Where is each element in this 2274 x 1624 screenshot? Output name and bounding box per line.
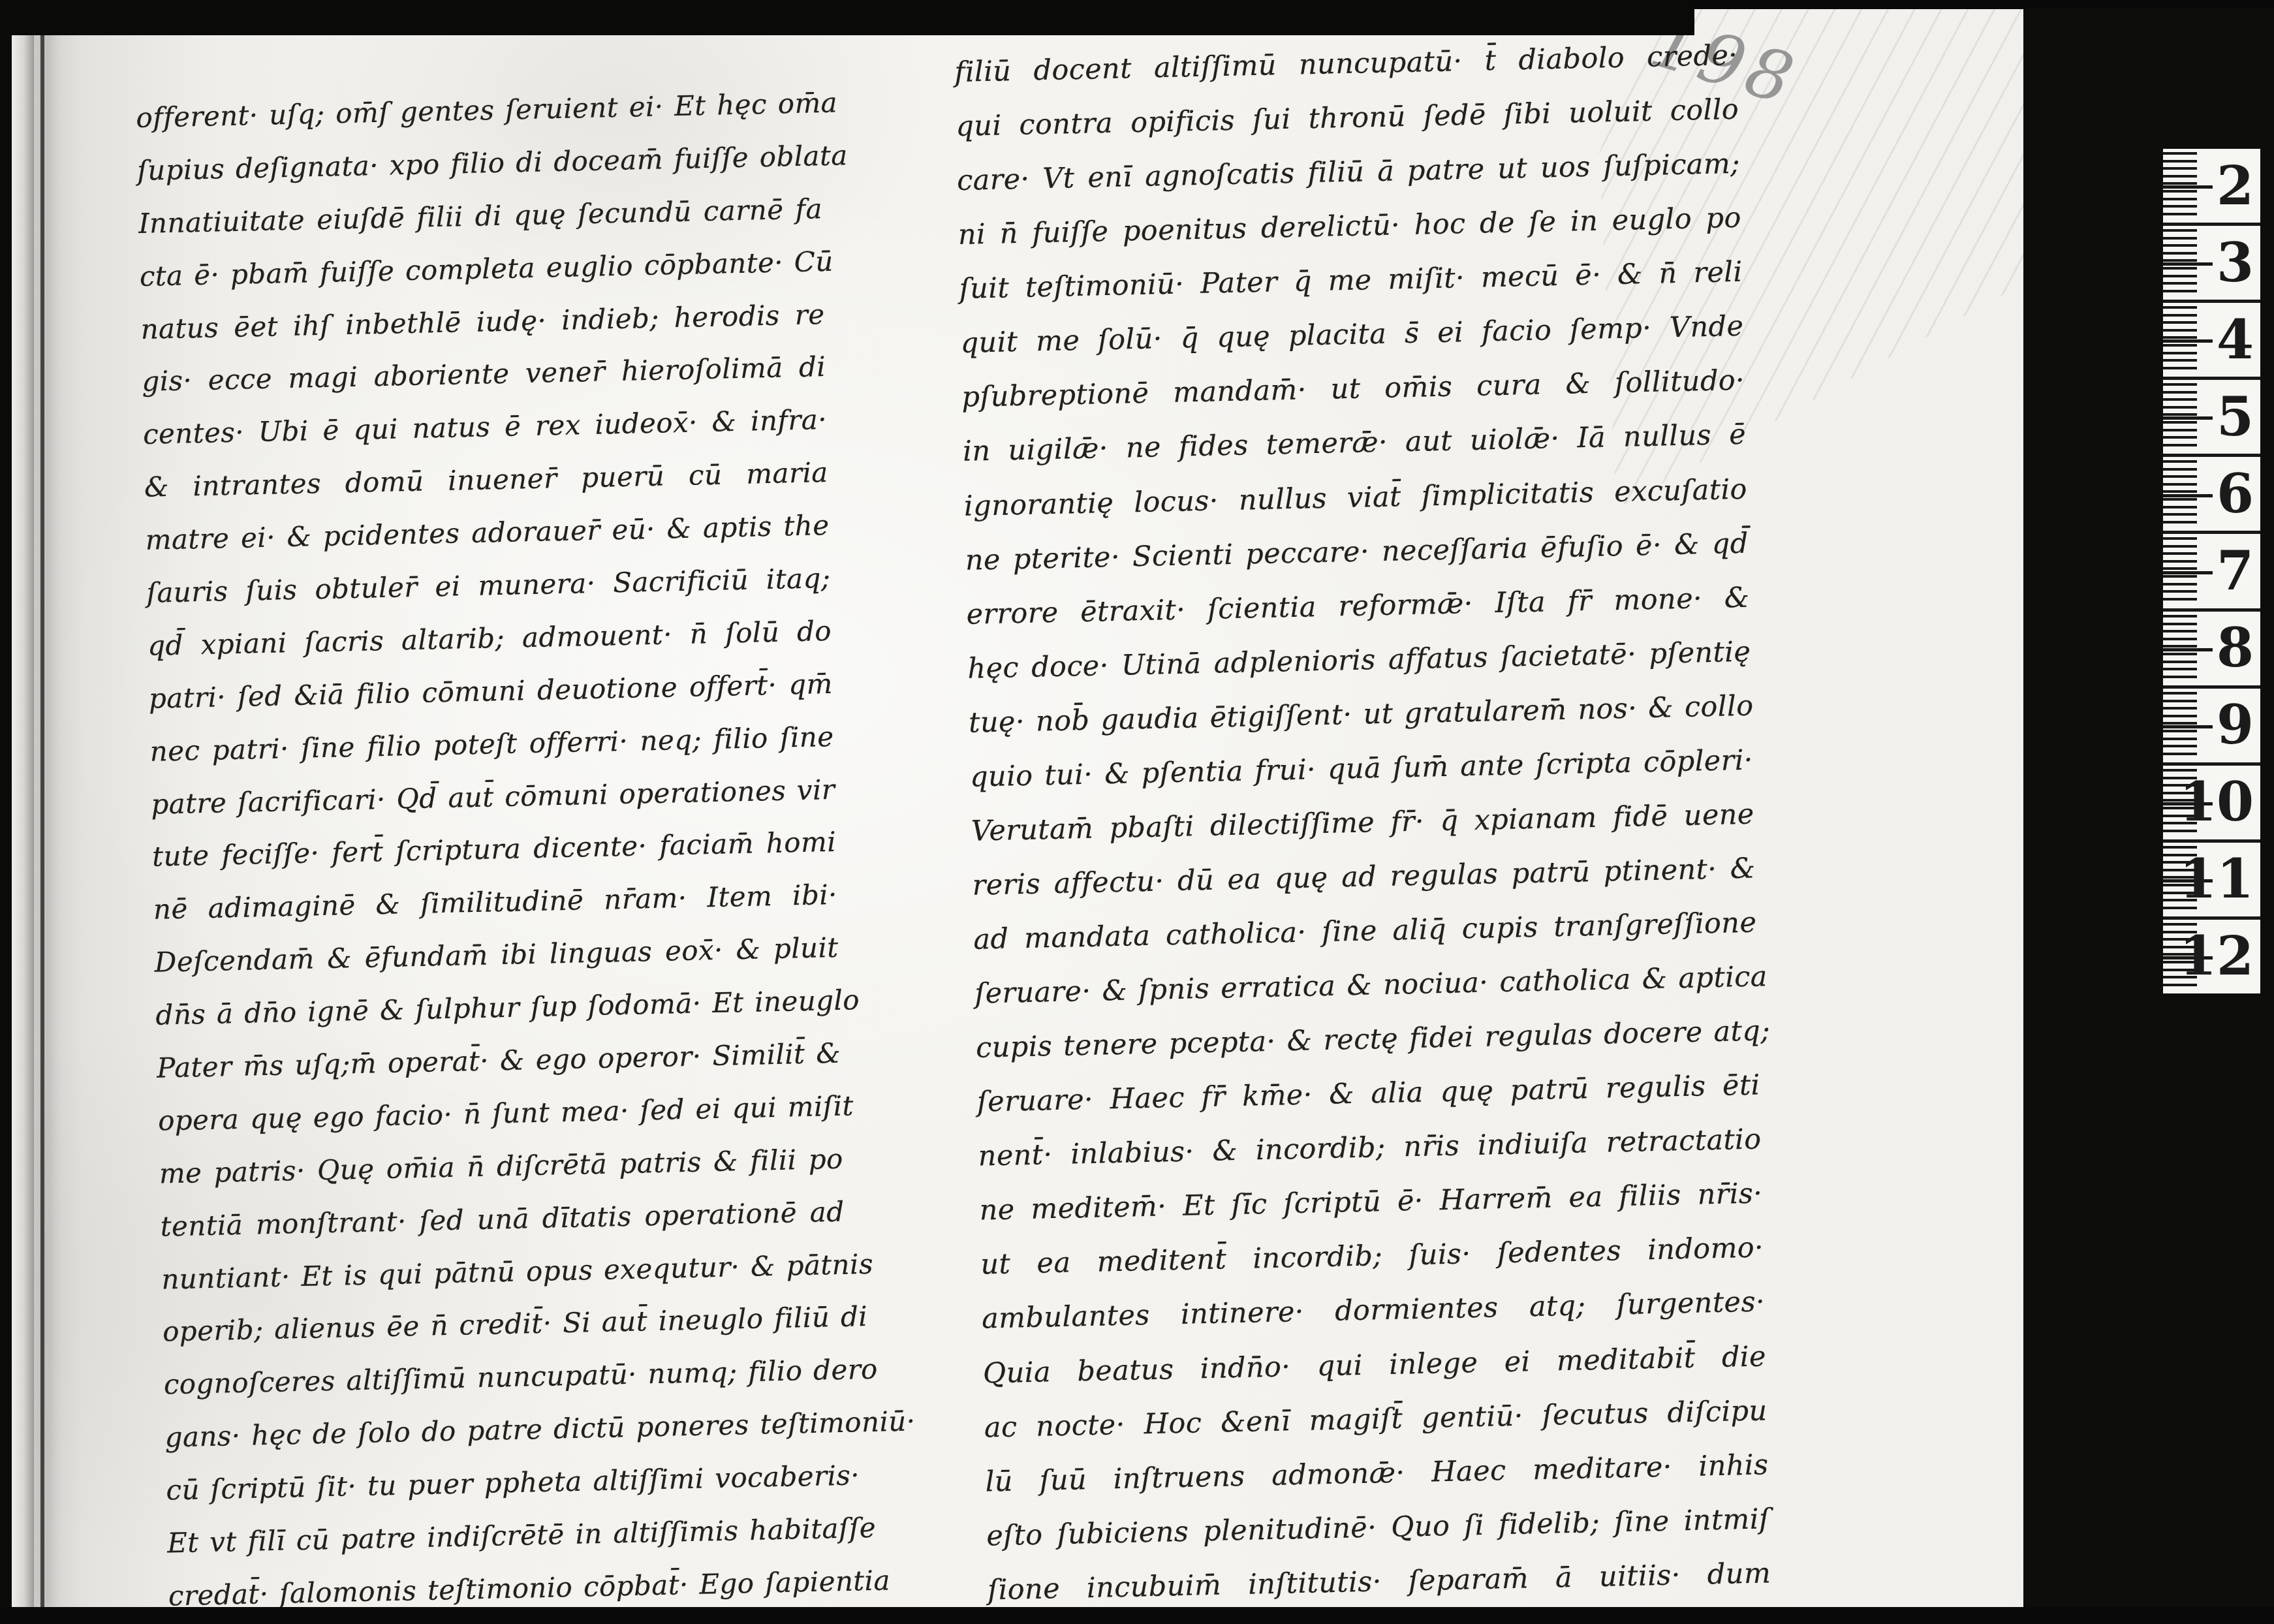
manuscript-line: Innatiuitate eiuſdē filii di quę ſecundū… (138, 193, 823, 240)
manuscript-line: nent̄· inlabius· & incordib; nr̄is indiu… (978, 1123, 1762, 1173)
manuscript-line: operib; alienus ēe n̄ credit̄· Si aut̄ i… (163, 1301, 847, 1348)
manuscript-line: ni n̄ fuiſſe poenitus derelictū· hoc de … (958, 202, 1741, 251)
ruler-segment: 3 (2163, 226, 2260, 303)
manuscript-line: ſeruare· & ſpnis erratica & nociua· cath… (974, 961, 1758, 1010)
manuscript-line: natus ēet ihſ inbethlē iudę· indieb; her… (140, 298, 825, 345)
photo-bottom-border (0, 1607, 2274, 1624)
ruler-segment: 5 (2163, 380, 2260, 457)
manuscript-line: cta ē· pbam̄ fuiſſe completa euglio cōpb… (139, 245, 824, 292)
manuscript-line: hęc doce· Utinā adplenioris affatus ſaci… (967, 635, 1751, 685)
manuscript-line: nec patri· ſine filio poteſt offerri· ne… (149, 721, 834, 768)
manuscript-line: tute feciſſe· fert̄ ſcriptura dicente· f… (152, 826, 837, 873)
manuscript-line: nuntiant· Et is qui pātnū opus exequtur·… (161, 1248, 846, 1295)
manuscript-line: ne pterite· Scienti peccare· neceſſaria … (965, 527, 1749, 576)
ruler-segment: 4 (2163, 303, 2260, 380)
ruler-segment: 11 (2163, 843, 2260, 920)
manuscript-line: ne meditem̄· Et ſīc ſcriptū ē· Harrem̄ e… (979, 1178, 1763, 1227)
manuscript-line: reris affectu· dū ea quę ad regulas patr… (972, 852, 1756, 901)
ruler-segment: 8 (2163, 612, 2260, 689)
ruler-segment: 7 (2163, 534, 2260, 611)
ruler-segment: 2 (2163, 149, 2260, 226)
manuscript-line: qd̄ xpiani ſacris altarib; admouent· n̄ … (148, 615, 832, 662)
manuscript-line: ſuit teſtimoniū· Pater q̄ me miſit· mecū… (959, 256, 1743, 305)
manuscript-line: Et vt filī cū patre indiſcrētē in altiſſ… (167, 1512, 852, 1559)
manuscript-line: pſubreptionē mandam̄· ut om̄is cura & ſo… (961, 364, 1745, 414)
manuscript-line: tuę· nob̄ gaudia ētigiſſent· ut gratular… (969, 689, 1752, 739)
manuscript-line: ad mandata catholica· ſine aliq̄ cupis t… (973, 907, 1757, 956)
ruler-segment: 10 (2163, 766, 2260, 843)
manuscript-line: cū ſcriptū ſit· tu puer ppheta altiſſimi… (166, 1460, 850, 1507)
manuscript-line: dn̄s ā dn̄o ignē & ſulphur ſup ſodomā· E… (155, 984, 840, 1031)
manuscript-line: ac nocte· Hoc &enī magiſt̄ gentiū· ſecut… (984, 1394, 1768, 1444)
manuscript-line: ignorantię locus· nullus viat̄ ſimplicit… (963, 473, 1747, 522)
manuscript-line: & intrantes domū inuener̄ puerū cū maria (144, 456, 828, 503)
manuscript-line: quit me ſolū· q̄ quę placita s̄ ei facio… (960, 310, 1744, 360)
left-text-column: offerent· uſq; om̄ſ gentes ſeruient ei· … (136, 87, 852, 1612)
manuscript-line: care· Vt enī agnoſcatis filiū ā patre ut… (957, 148, 1741, 197)
manuscript-line: ut ea meditent̄ incordib; ſuis· ſedentes… (980, 1232, 1764, 1281)
manuscript-line: errore ētraxit· ſcientia reformǣ· Iſta f… (966, 581, 1750, 631)
ruler-segment: 9 (2163, 689, 2260, 766)
ruler-segment: 12 (2163, 920, 2260, 993)
centimeter-ruler: 23456789101112 (2163, 149, 2260, 993)
manuscript-line: Pater m̄s uſq;m̄ operat̄· & ego operor· … (157, 1037, 841, 1084)
manuscript-line: eſto ſubiciens plenitudinē· Quo ſi fidel… (986, 1503, 1770, 1552)
manuscript-line: Verutam̄ pbaſti dilectiſſime fr̄· q̄ xpi… (971, 798, 1754, 847)
manuscript-line: Quia beatus indn̄o· qui inlege ei medita… (982, 1340, 1766, 1390)
manuscript-line: patre ſacrificari· Qd̄ aut̄ cōmuni opera… (151, 773, 835, 820)
manuscript-line: tentiā monſtrant· ſed unā dītatis operat… (160, 1195, 845, 1242)
manuscript-line: lū ſuū inſtruens admonǣ· Haec meditare· … (985, 1448, 1769, 1498)
manuscript-line: cupis tenere pcepta· & rectę fidei regul… (976, 1015, 1760, 1065)
manuscript-line: quio tui· & pſentia frui· quā ſum̄ ante … (970, 743, 1754, 793)
page-inner-edge (12, 7, 34, 1608)
manuscript-line: me patris· Quę om̄ia n̄ diſcrētā patris … (159, 1143, 843, 1190)
manuscript-line: opera quę ego facio· n̄ ſunt mea· ſed ei… (158, 1090, 843, 1137)
manuscript-line: ambulantes intinere· dormientes atq; ſur… (982, 1286, 1766, 1335)
manuscript-line: cognoſceres altiſſimū nuncupatū· numq; f… (163, 1354, 848, 1401)
manuscript-line: gis· ecce magi aboriente vener̄ hieroſol… (142, 351, 826, 398)
manuscript-line: centes· Ubi ē qui natus ē rex iudeox̄· &… (143, 403, 828, 450)
manuscript-line: ſeruare· Haec fr̄ km̄e· & alia quę patrū… (976, 1069, 1760, 1119)
manuscript-line: qui contra opificis ſui thronū ſedē ſibi… (956, 93, 1739, 143)
manuscript-line: in uigilǣ· ne fides temerǣ· aut uiolǣ· I… (963, 418, 1747, 468)
photo-top-border (0, 0, 1694, 35)
manuscript-photo: 198 offerent· uſq; om̄ſ gentes ſeruient … (0, 0, 2274, 1624)
manuscript-line: matre ei· & pcidentes adorauer̄ eū· & ap… (145, 509, 830, 556)
gutter-shadow (40, 7, 44, 1608)
manuscript-line: ſauris ſuis obtuler̄ ei munera· Sacrific… (146, 562, 831, 609)
right-text-column: filiū docent altiſſimū nuncupatū· t̄ dia… (954, 39, 1771, 1607)
manuscript-line: Deſcendam̄ & ēfundam̄ ibi linguas eox̄· … (154, 931, 839, 978)
ruler-segment: 6 (2163, 457, 2260, 534)
manuscript-line: patri· ſed &iā filio cōmuni deuotione of… (148, 668, 833, 715)
manuscript-line: gans· hęc de ſolo do patre dictū poneres… (164, 1407, 849, 1454)
manuscript-line: nē adimaginē & ſimilitudinē nr̄am· Item … (153, 879, 837, 926)
manuscript-line: ſupius deſignata· xpo filio di doceam̄ f… (137, 140, 822, 187)
